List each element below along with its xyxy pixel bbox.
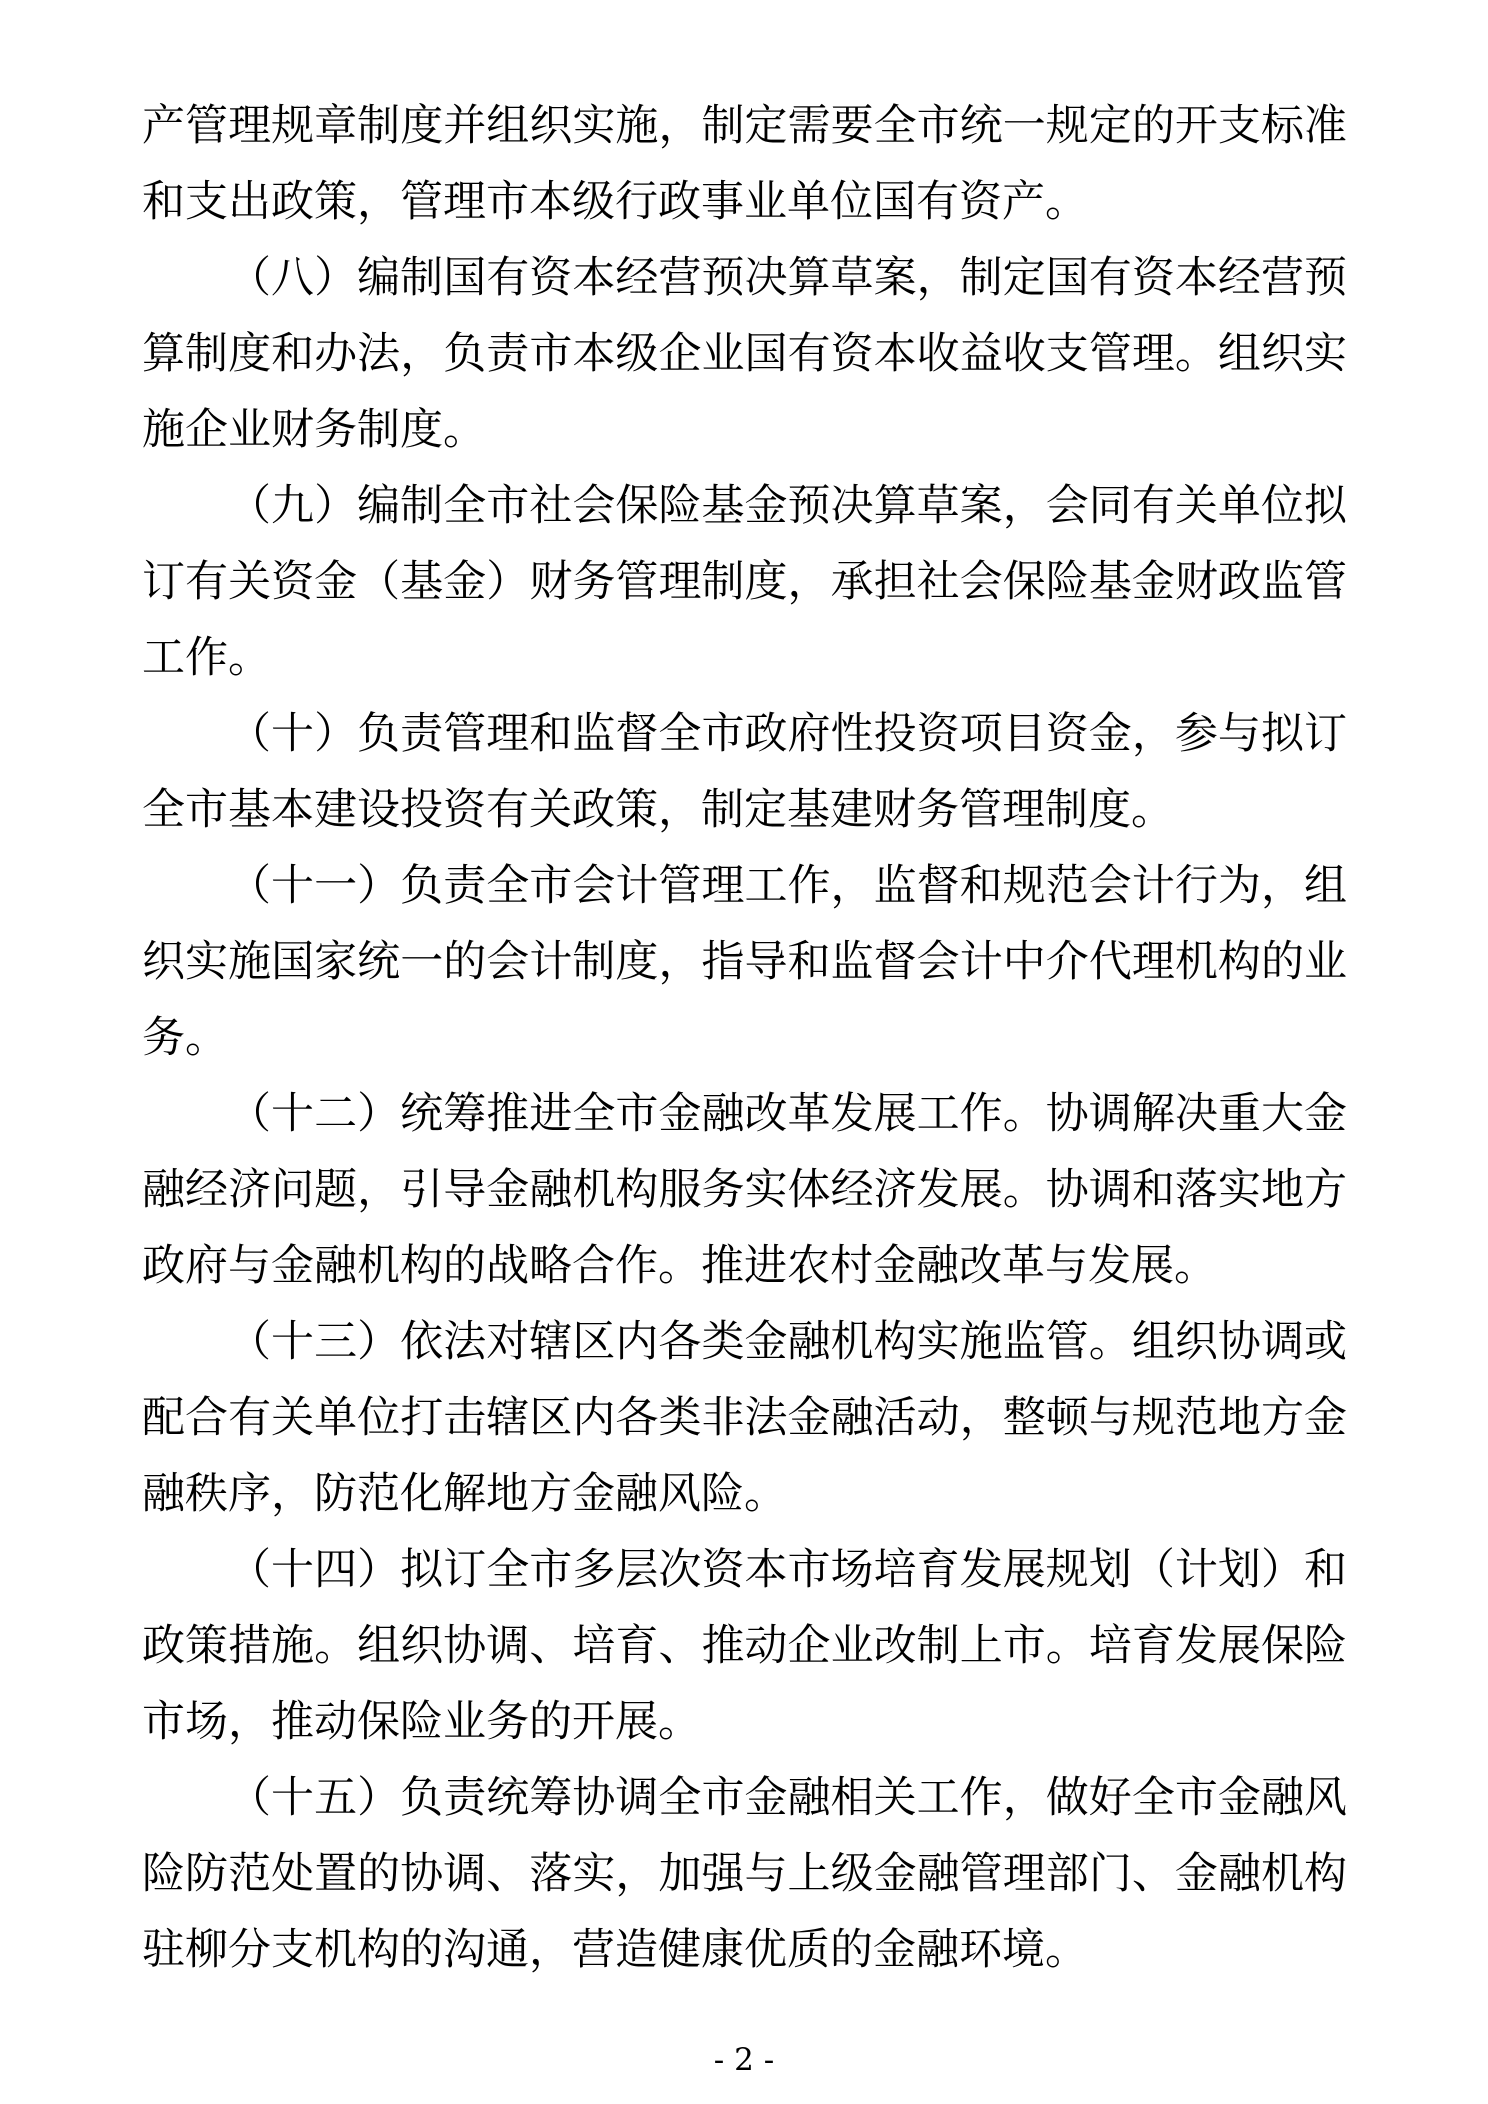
paragraph-item-13: （十三）依法对辖区内各类金融机构实施监管。组织协调或配合有关单位打击辖区内各类非…	[142, 1304, 1347, 1532]
page-number: - 2 -	[0, 2040, 1488, 2080]
paragraph-item-8: （八）编制国有资本经营预决算草案，制定国有资本经营预算制度和办法，负责市本级企业…	[142, 240, 1347, 468]
paragraph-item-12: （十二）统筹推进全市金融改革发展工作。协调解决重大金融经济问题，引导金融机构服务…	[142, 1076, 1347, 1304]
paragraph-continuation: 产管理规章制度并组织实施，制定需要全市统一规定的开支标准和支出政策，管理市本级行…	[142, 88, 1347, 240]
paragraph-item-10: （十）负责管理和监督全市政府性投资项目资金，参与拟订全市基本建设投资有关政策，制…	[142, 696, 1347, 848]
paragraph-item-9: （九）编制全市社会保险基金预决算草案，会同有关单位拟订有关资金（基金）财务管理制…	[142, 468, 1347, 696]
paragraph-item-11: （十一）负责全市会计管理工作，监督和规范会计行为，组织实施国家统一的会计制度，指…	[142, 848, 1347, 1076]
paragraph-item-14: （十四）拟订全市多层次资本市场培育发展规划（计划）和政策措施。组织协调、培育、推…	[142, 1532, 1347, 1760]
document-body: 产管理规章制度并组织实施，制定需要全市统一规定的开支标准和支出政策，管理市本级行…	[142, 88, 1347, 1988]
paragraph-item-15: （十五）负责统筹协调全市金融相关工作，做好全市金融风险防范处置的协调、落实，加强…	[142, 1760, 1347, 1988]
document-page: 产管理规章制度并组织实施，制定需要全市统一规定的开支标准和支出政策，管理市本级行…	[0, 0, 1488, 2104]
